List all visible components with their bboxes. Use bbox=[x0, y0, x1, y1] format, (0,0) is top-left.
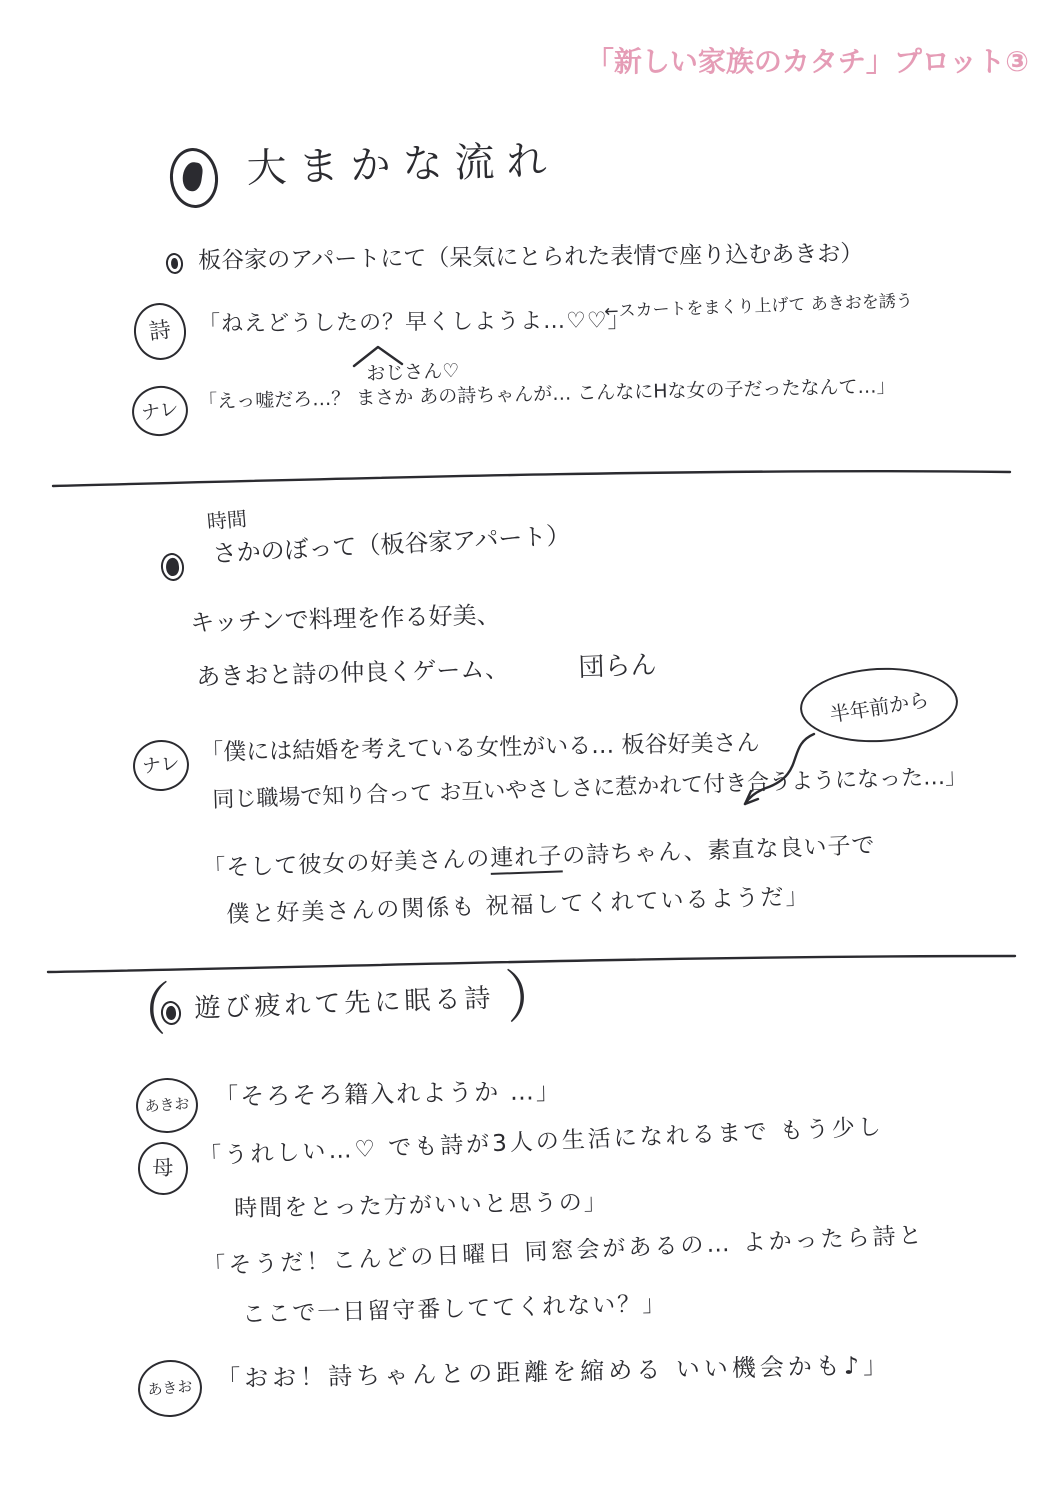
speaker-badge-akio: あきお bbox=[136, 1357, 205, 1419]
speaker-badge-narration: ナレ bbox=[129, 382, 191, 439]
uta-dialogue: 「ねえどうしたの？早くしようよ…♡♡」 bbox=[198, 308, 631, 337]
narration-paragraph: 「そして彼女の好美さんの連れ子の詩ちゃん、素直な良い子で bbox=[202, 832, 876, 882]
scene-description-danran: 団らん bbox=[578, 651, 657, 684]
paragraph-text: 「そして彼女の好美さんの bbox=[202, 846, 491, 882]
narration-line: 「えっ嘘だろ…？ まさか あの詩ちゃんが… こんなにHな女の子だったなんて…」 bbox=[198, 376, 896, 414]
speaker-label: あきお bbox=[147, 1379, 193, 1398]
section2-title: さかのぼって（板谷家アパート） bbox=[212, 522, 571, 568]
mother-dialogue: 「そうだ！こんどの日曜日 同窓会があるの… よかったら詩と bbox=[202, 1222, 925, 1280]
narration-line: 「僕には結婚を考えている女性がいる… 板谷好美さん bbox=[200, 730, 760, 766]
section2-bullet-icon bbox=[159, 552, 186, 583]
section1-number-icon bbox=[167, 146, 221, 211]
uta-action-note: ←スカートをまくり上げて あきおを誘う bbox=[604, 292, 913, 322]
mother-dialogue: ここで一日留守番しててくれない？」 bbox=[242, 1291, 668, 1329]
akio-dialogue: 「おお！詩ちゃんとの距離を縮める いい機会かも♪」 bbox=[216, 1352, 891, 1394]
speaker-label: あきお bbox=[144, 1096, 190, 1114]
speaker-label: ナレ bbox=[141, 754, 180, 777]
scene-heading: 板谷家のアパートにて（呆気にとられた表情で座り込むあきお） bbox=[198, 241, 863, 274]
speaker-badge-mother: 母 bbox=[136, 1140, 190, 1196]
paragraph-text: の詩ちゃん、素直な良い子で bbox=[562, 832, 876, 869]
speaker-label: 詩 bbox=[148, 319, 173, 344]
divider-line bbox=[50, 458, 1015, 492]
narration-paragraph: 僕と好美さんの関係も 祝福してくれているようだ」 bbox=[226, 884, 811, 929]
balloon-text: 半年前から bbox=[827, 683, 930, 727]
handwritten-plot-page: 「新しい家族のカタチ」プロット③ 大まかな流れ 板谷家のアパートにて（呆気にとら… bbox=[0, 0, 1057, 1500]
speaker-badge-akio: あきお bbox=[134, 1076, 200, 1135]
scene-description-game: あきおと詩の仲良くゲーム、 bbox=[196, 656, 509, 692]
scene-description-cooking: キッチンで料理を作る好美、 bbox=[190, 602, 501, 638]
inserted-word: おじさん♡ bbox=[366, 361, 460, 386]
section3-title: 遊び疲れて先に眠る詩 bbox=[194, 985, 495, 1025]
underlined-word: 連れ子 bbox=[490, 843, 563, 874]
speaker-badge-narration: ナレ bbox=[130, 737, 191, 794]
section1-title: 大まかな流れ bbox=[246, 138, 559, 192]
speaker-label: 母 bbox=[152, 1157, 174, 1179]
akio-dialogue: 「そろそろ籍入れようか …」 bbox=[214, 1078, 562, 1112]
time-label: 時間 bbox=[206, 508, 248, 534]
paren-close: ） bbox=[504, 963, 560, 1032]
mother-dialogue: 時間をとった方がいいと思うの」 bbox=[234, 1189, 609, 1222]
mother-dialogue: 「うれしい…♡ でも詩が3人の生活になれるまで もう少し bbox=[198, 1114, 884, 1170]
scene-bullet-icon bbox=[165, 252, 185, 275]
speaker-badge-uta: 詩 bbox=[131, 300, 190, 363]
narration-line: 同じ職場で知り合って お互いやさしさに惹かれて付き合うようになった…」 bbox=[212, 764, 967, 813]
page-header-title: 「新しい家族のカタチ」プロット③ bbox=[586, 40, 1029, 80]
speaker-label: ナレ bbox=[140, 399, 180, 423]
